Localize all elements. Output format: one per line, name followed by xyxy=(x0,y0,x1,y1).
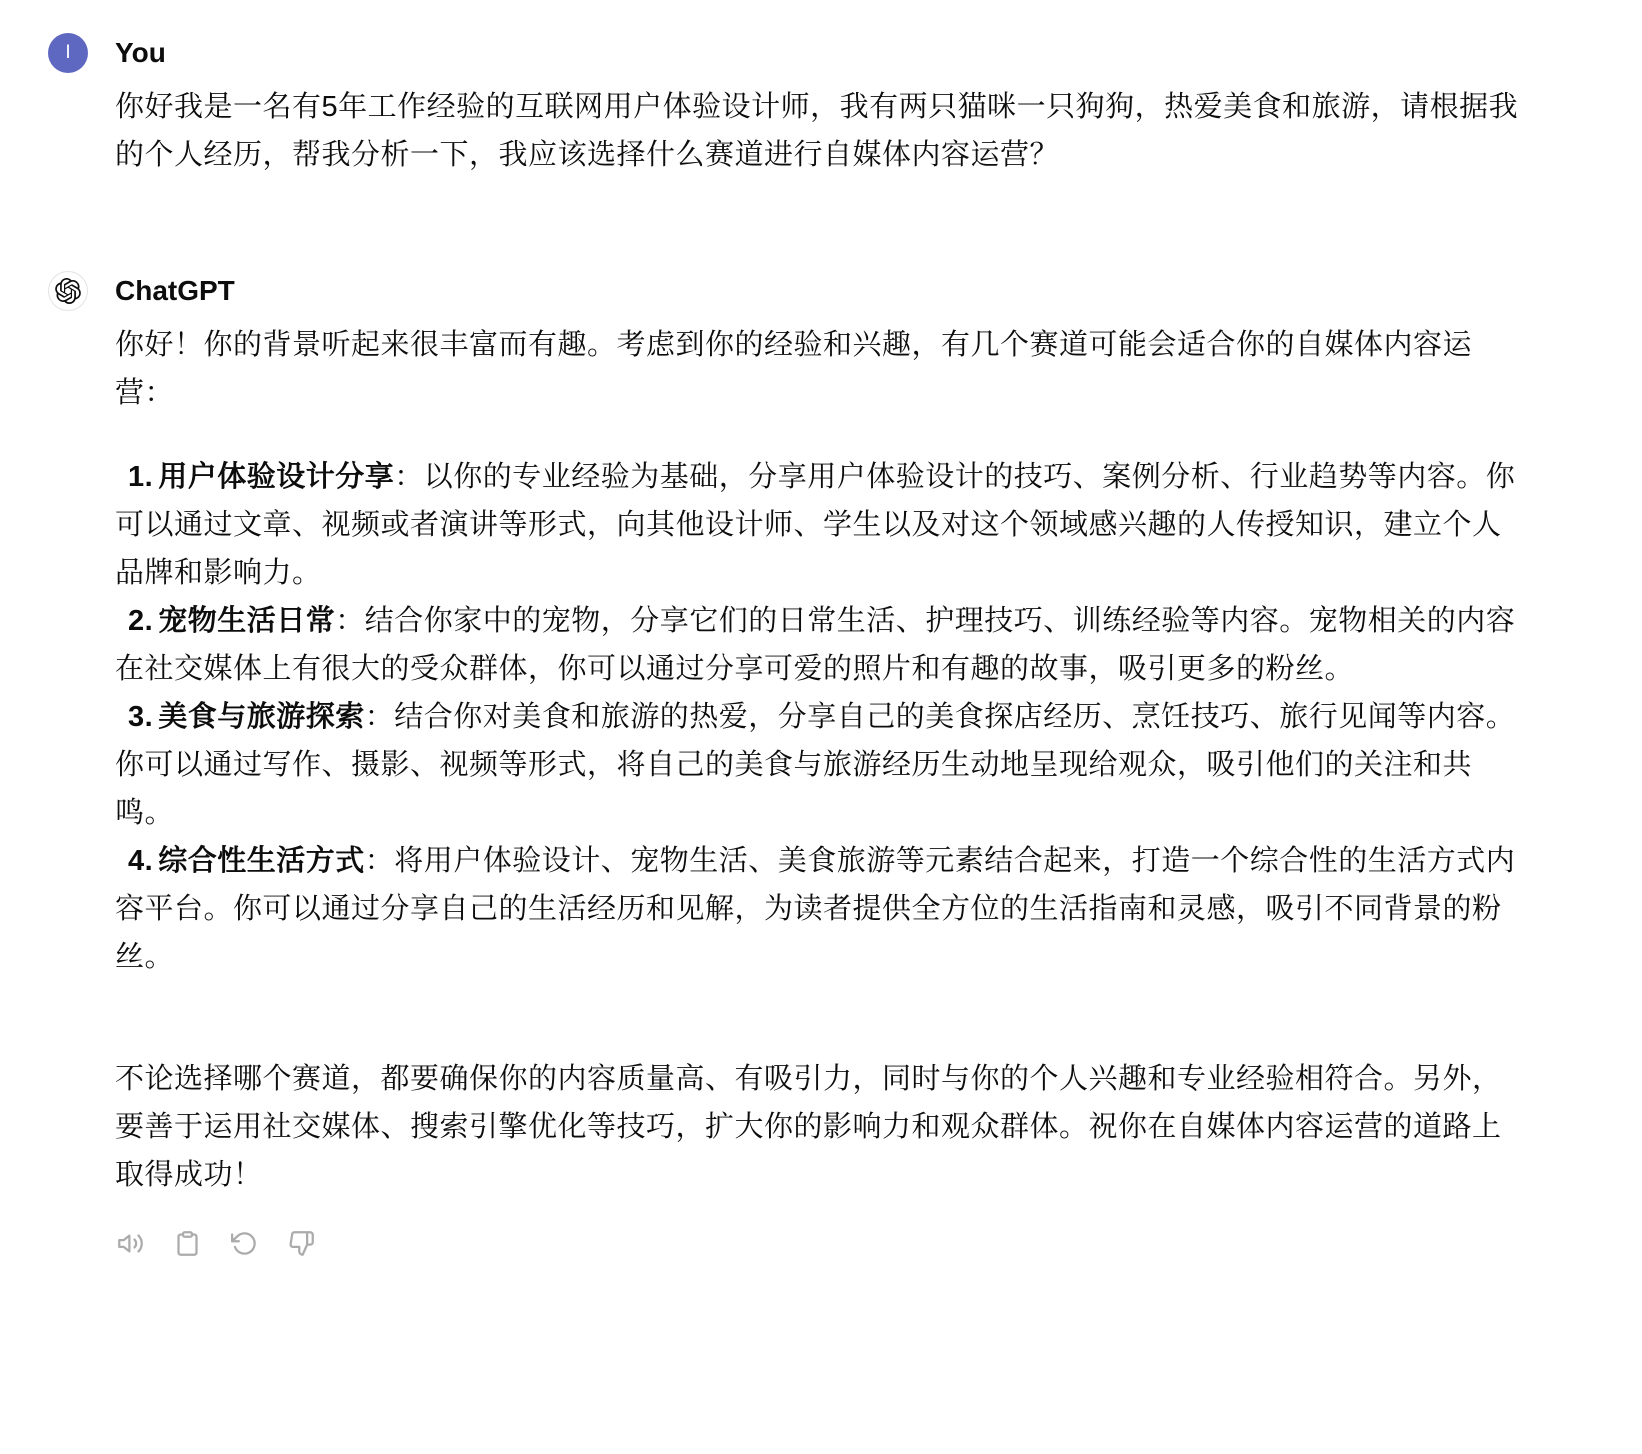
read-aloud-icon xyxy=(117,1230,144,1257)
assistant-sender-name: ChatGPT xyxy=(115,271,1530,311)
copy-icon xyxy=(174,1230,201,1257)
list-item-title: 综合性生活方式 xyxy=(158,845,365,877)
read-aloud-button[interactable] xyxy=(116,1229,144,1257)
suggestion-list: 1.用户体验设计分享：以你的专业经验为基础，分享用户体验设计的技巧、案例分析、行… xyxy=(115,453,1530,981)
thumbs-down-icon xyxy=(288,1230,315,1257)
list-item: 1.用户体验设计分享：以你的专业经验为基础，分享用户体验设计的技巧、案例分析、行… xyxy=(115,453,1530,597)
list-item-number: 2. xyxy=(128,605,153,637)
thumbs-down-button[interactable] xyxy=(287,1229,315,1257)
assistant-intro-paragraph: 你好！你的背景听起来很丰富而有趣。考虑到你的经验和兴趣，有几个赛道可能会适合你的… xyxy=(115,321,1530,417)
list-item-title: 美食与旅游探索 xyxy=(158,701,365,733)
list-item-title: 宠物生活日常 xyxy=(158,605,335,637)
assistant-message: ChatGPT 你好！你的背景听起来很丰富而有趣。考虑到你的经验和兴趣，有几个赛… xyxy=(48,271,1530,1257)
message-action-bar xyxy=(116,1229,1530,1257)
user-message: I You 你好我是一名有5年工作经验的互联网用户体验设计师，我有两只猫咪一只狗… xyxy=(48,33,1530,179)
regenerate-icon xyxy=(231,1230,258,1257)
list-item: 3.美食与旅游探索：结合你对美食和旅游的热爱，分享自己的美食探店经历、烹饪技巧、… xyxy=(115,693,1530,837)
regenerate-button[interactable] xyxy=(230,1229,258,1257)
list-item-number: 3. xyxy=(128,701,153,733)
user-avatar-letter: I xyxy=(65,42,70,64)
list-item-number: 1. xyxy=(128,461,153,493)
openai-logo-icon xyxy=(55,278,81,304)
list-item-title: 用户体验设计分享 xyxy=(158,461,394,493)
list-item: 4.综合性生活方式：将用户体验设计、宠物生活、美食旅游等元素结合起来，打造一个综… xyxy=(115,837,1530,981)
user-message-text: 你好我是一名有5年工作经验的互联网用户体验设计师，我有两只猫咪一只狗狗，热爱美食… xyxy=(115,83,1530,179)
assistant-outro-paragraph: 不论选择哪个赛道，都要确保你的内容质量高、有吸引力，同时与你的个人兴趣和专业经验… xyxy=(115,1055,1530,1199)
chatgpt-avatar xyxy=(48,271,88,311)
user-avatar: I xyxy=(48,33,88,73)
user-sender-name: You xyxy=(115,33,1530,73)
list-item-number: 4. xyxy=(128,845,153,877)
copy-button[interactable] xyxy=(173,1229,201,1257)
list-item: 2.宠物生活日常：结合你家中的宠物，分享它们的日常生活、护理技巧、训练经验等内容… xyxy=(115,597,1530,693)
